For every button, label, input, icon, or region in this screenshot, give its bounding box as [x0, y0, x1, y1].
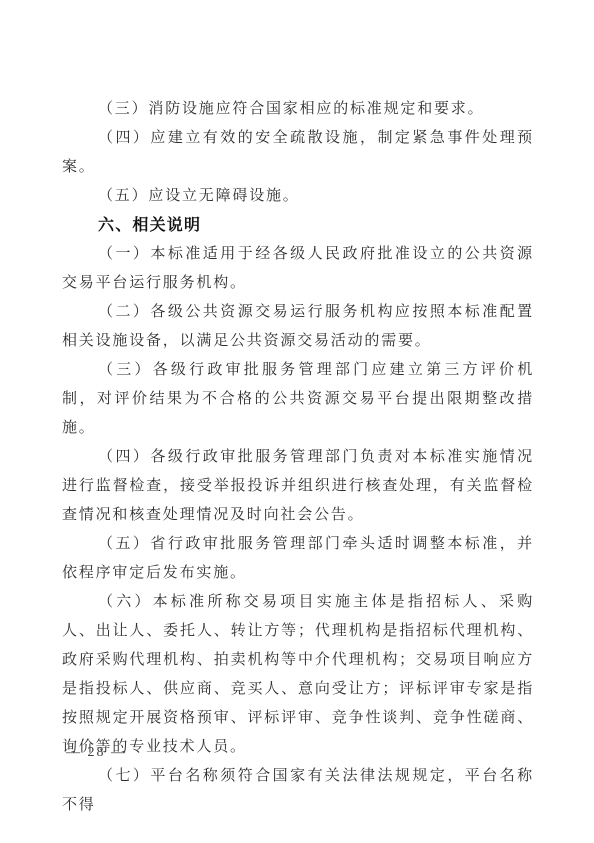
- paragraph: （六）本标准所称交易项目实施主体是指招标人、采购人、出让人、委托人、转让方等；代…: [62, 588, 534, 762]
- list-item: （三）消防设施应符合国家相应的标准规定和要求。: [62, 95, 534, 124]
- paragraph: （一）本标准适用于经各级人民政府批准设立的公共资源交易平台运行服务机构。: [62, 240, 534, 298]
- document-content: （三）消防设施应符合国家相应的标准规定和要求。 （四）应建立有效的安全疏散设施，…: [62, 95, 534, 820]
- paragraph: （二）各级公共资源交易运行服务机构应按照本标准配置相关设施设备，以满足公共资源交…: [62, 298, 534, 356]
- page-number: — 28 —: [66, 744, 127, 762]
- list-item: （五）应设立无障碍设施。: [62, 182, 534, 211]
- list-item: （四）应建立有效的安全疏散设施，制定紧急事件处理预案。: [62, 124, 534, 182]
- section-heading: 六、相关说明: [62, 211, 534, 240]
- paragraph: （五）省行政审批服务管理部门牵头适时调整本标准，并依程序审定后发布实施。: [62, 530, 534, 588]
- document-page: （三）消防设施应符合国家相应的标准规定和要求。 （四）应建立有效的安全疏散设施，…: [0, 0, 594, 843]
- paragraph: （四）各级行政审批服务管理部门负责对本标准实施情况进行监督检查，接受举报投诉并组…: [62, 443, 534, 530]
- paragraph: （三）各级行政审批服务管理部门应建立第三方评价机制，对评价结果为不合格的公共资源…: [62, 356, 534, 443]
- paragraph: （七）平台名称须符合国家有关法律法规规定，平台名称不得: [62, 762, 534, 820]
